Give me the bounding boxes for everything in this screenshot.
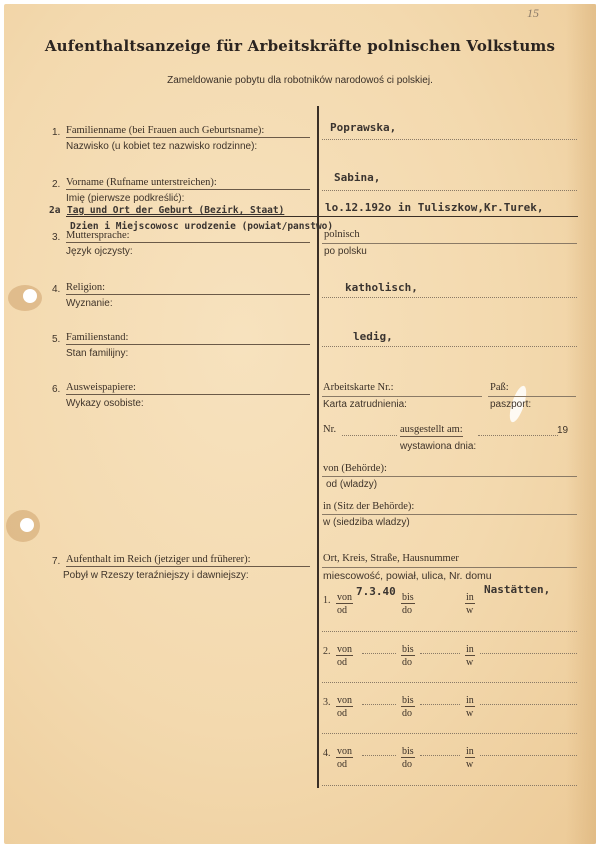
year-prefix: 19 <box>557 425 568 436</box>
field-5-number: 5. <box>52 334 60 345</box>
field-2-label-pl: Imię (pierwsze podkreślić): <box>66 193 184 204</box>
punch-hole <box>23 289 37 303</box>
field-6-label-pl: Wykazy osobiste: <box>66 398 144 409</box>
ausgestellt-label-pl: wystawiona dnia: <box>400 441 476 452</box>
entry-4-von-od: vonod <box>336 746 353 770</box>
field-7-label-pl: Pobył w Rzeszy teraźniejszy i dawniejszy… <box>63 570 249 581</box>
entry-4-place-line[interactable] <box>480 755 577 756</box>
entry-4-to-line[interactable] <box>420 755 460 756</box>
entry-1-line <box>322 631 577 632</box>
field-4-label-de: Religion: <box>66 282 310 295</box>
pass-line[interactable] <box>488 396 576 397</box>
field-3-value-de: polnisch <box>324 229 360 241</box>
field-3-value-pl[interactable]: po polsku <box>324 246 367 257</box>
field-5-label-de: Familienstand: <box>66 332 310 345</box>
entry-1-from[interactable]: 7.3.40 <box>356 585 396 598</box>
ausgestellt-label-de: ausgestellt am: <box>400 424 463 437</box>
field-7-label-de: Aufenthalt im Reich (jetziger und früher… <box>66 554 310 567</box>
field-3-line <box>322 243 577 244</box>
field-7-number: 7. <box>52 556 60 567</box>
field-6-number: 6. <box>52 384 60 395</box>
field-3-label-pl: Język ojczysty: <box>66 246 133 257</box>
document-title: Aufenthaltsanzeige für Arbeitskräfte pol… <box>0 37 600 55</box>
page-number: 15 <box>527 6 539 21</box>
entry-4-line <box>322 785 577 786</box>
field-1-value[interactable]: Poprawska, <box>330 121 396 134</box>
arbeitskarte-line[interactable] <box>322 396 482 397</box>
entry-2-to-line[interactable] <box>420 653 460 654</box>
entry-3-place-line[interactable] <box>480 704 577 705</box>
pass-label-pl: paszport: <box>490 399 531 410</box>
entry-4-from-line[interactable] <box>362 755 396 756</box>
behoerde-label-pl: od (wladzy) <box>326 479 377 490</box>
behoerde-label-de: von (Behörde): <box>323 463 387 475</box>
nr-line[interactable] <box>342 435 397 436</box>
field-5-line <box>322 346 577 347</box>
entry-1-in-w: inw <box>465 592 475 616</box>
field-2-value[interactable]: Sabina, <box>334 171 380 184</box>
field-4-value[interactable]: katholisch, <box>345 281 418 294</box>
field-4-number: 4. <box>52 284 60 295</box>
field-2-label-de: Vorname (Rufname unterstreichen): <box>66 177 310 190</box>
sitz-line[interactable] <box>322 514 577 515</box>
behoerde-line[interactable] <box>322 476 577 477</box>
entry-2-from-line[interactable] <box>362 653 396 654</box>
arbeitskarte-label-de: Arbeitskarte Nr.: <box>323 382 394 394</box>
field-2-line <box>322 190 577 191</box>
address-label-pl: miescowość, powiał, ulica, Nr. domu <box>323 570 492 582</box>
field-3-label-de: Muttersprache: <box>66 230 310 243</box>
entry-4-in-w: inw <box>465 746 475 770</box>
entry-1-place[interactable]: Nastätten, <box>484 583 550 596</box>
document-subtitle: Zameldowanie pobytu dla robotników narod… <box>0 75 600 86</box>
field-2a-label-de: Tag und Ort der Geburt (Bezirk, Staat) <box>67 205 284 216</box>
entry-3-line <box>322 733 577 734</box>
address-line <box>322 567 577 568</box>
entry-2-number: 2. <box>323 646 331 657</box>
entry-4-number: 4. <box>323 748 331 759</box>
entry-3-in-w: inw <box>465 695 475 719</box>
entry-2-line <box>322 682 577 683</box>
field-2a-value[interactable]: lo.12.192o in Tuliszkow,Kr.Turek, <box>325 201 544 214</box>
pass-label-de: Paß: <box>490 382 509 394</box>
entry-2-in-w: inw <box>465 644 475 668</box>
column-divider <box>317 106 319 788</box>
entry-2-place-line[interactable] <box>480 653 577 654</box>
sitz-label-pl: w (siedziba wladzy) <box>323 517 410 528</box>
entry-1-von-od: vonod <box>336 592 353 616</box>
arbeitskarte-label-pl: Karta zatrudnienia: <box>323 399 407 410</box>
entry-3-bis-do: bisdo <box>401 695 415 719</box>
entry-2-bis-do: bisdo <box>401 644 415 668</box>
entry-3-number: 3. <box>323 697 331 708</box>
entry-3-from-line[interactable] <box>362 704 396 705</box>
field-2-number: 2. <box>52 179 60 190</box>
field-2a-line <box>66 216 578 217</box>
entry-1-number: 1. <box>323 595 331 606</box>
entry-2-von-od: vonod <box>336 644 353 668</box>
entry-4-bis-do: bisdo <box>401 746 415 770</box>
sitz-label-de: in (Sitz der Behörde): <box>323 501 414 513</box>
field-5-label-pl: Stan familijny: <box>66 348 128 359</box>
ausgestellt-line[interactable] <box>478 435 558 436</box>
field-1-label-de: Familienname (bei Frauen auch Geburtsnam… <box>66 125 310 138</box>
field-1-line <box>322 139 577 140</box>
field-4-line <box>322 297 577 298</box>
punch-hole <box>20 518 34 532</box>
field-4-label-pl: Wyznanie: <box>66 298 113 309</box>
field-2a-number: 2a <box>49 205 60 216</box>
field-5-value[interactable]: ledig, <box>353 330 393 343</box>
entry-3-to-line[interactable] <box>420 704 460 705</box>
field-6-label-de: Ausweispapiere: <box>66 382 310 395</box>
field-1-number: 1. <box>52 127 60 138</box>
field-1-label-pl: Nazwisko (u kobiet tez nazwisko rodzinne… <box>66 141 257 152</box>
address-label-de: Ort, Kreis, Straße, Hausnummer <box>323 553 459 565</box>
entry-1-bis-do: bisdo <box>401 592 415 616</box>
entry-3-von-od: vonod <box>336 695 353 719</box>
field-3-number: 3. <box>52 232 60 243</box>
nr-label: Nr. <box>323 424 336 436</box>
